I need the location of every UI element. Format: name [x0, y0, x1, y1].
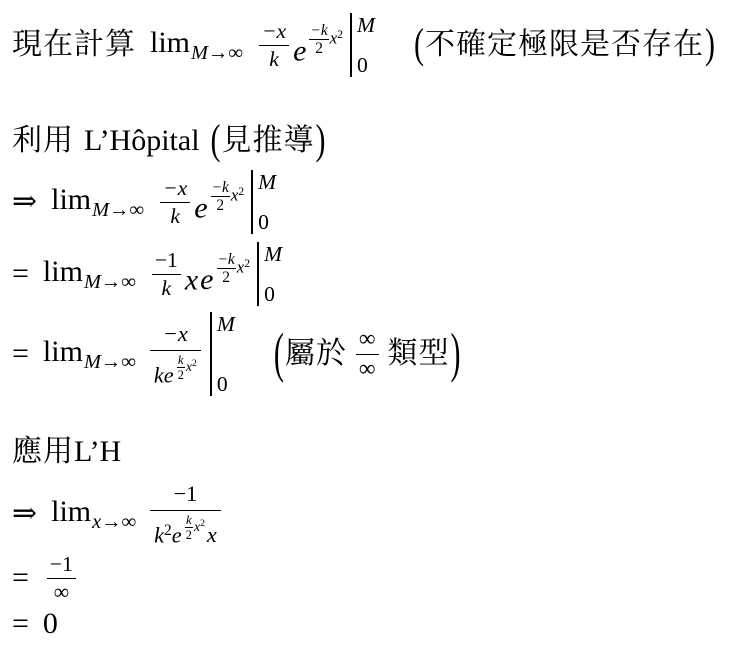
- equals-symbol: =: [12, 257, 29, 291]
- exponential-term: e−k2x2: [293, 22, 343, 68]
- euler-e: e: [194, 191, 207, 224]
- intro-prefix-text: 現在計算: [12, 28, 136, 62]
- exponent-fraction: −k2: [211, 179, 230, 215]
- hopital-close-paren: ): [315, 117, 327, 164]
- derivation-step-3: = limM→∞ −x kek2x2 M 0 ( 屬於 ∞ ∞ 類型 ): [12, 310, 740, 398]
- fraction-denominator: ∞: [47, 579, 76, 604]
- limit-operator: limM→∞: [150, 26, 243, 65]
- note-close-paren: ): [704, 21, 716, 68]
- coefficient-fraction: −1 k: [152, 248, 181, 299]
- lim-subscript: x→∞: [92, 511, 136, 533]
- exponent-frac-numerator: −k: [211, 179, 230, 197]
- math-notes-page: 現在計算 limM→∞ −x k e−k2x2 M 0 ( 不確定極限是否存在 …: [0, 0, 740, 647]
- result-value: 0: [43, 607, 58, 641]
- exponent-frac-denominator: 2: [309, 40, 328, 57]
- exponent-power: 2: [200, 518, 205, 529]
- apply-cjk-text: 應用: [12, 435, 74, 469]
- note-close-paren: ): [450, 323, 462, 385]
- exponent-fraction: k2: [177, 353, 185, 382]
- eval-upper-limit: M: [217, 312, 235, 336]
- exponent-fraction: k2: [185, 513, 193, 542]
- lim-word: lim: [51, 183, 91, 216]
- hopital-header-line: 利用 L’Hôpital ( 見推導 ): [12, 116, 740, 166]
- fraction-numerator: −1: [47, 552, 76, 578]
- infinity-numerator: ∞: [356, 326, 379, 354]
- apply-header-line: 應用 L’H: [12, 428, 740, 476]
- derivation-step-4: ⇒ limx→∞ −1 k2ek2x2x: [12, 476, 740, 552]
- hopital-latin-text: L’Hôpital: [84, 124, 200, 158]
- exponent: −k2x2: [216, 251, 251, 287]
- eval-upper-limit: M: [264, 242, 282, 266]
- fraction-denominator: k: [160, 203, 190, 228]
- exponent-frac-numerator: k: [185, 513, 193, 528]
- evaluation-bar: M 0: [210, 312, 235, 396]
- exponent-frac-denominator: 2: [211, 197, 230, 214]
- limit-operator: limx→∞: [51, 495, 136, 534]
- lim-subscript: M→∞: [92, 199, 144, 221]
- euler-e: e: [164, 362, 174, 387]
- eval-upper-limit: M: [357, 13, 375, 37]
- eval-lower-limit: 0: [258, 210, 276, 234]
- fraction-numerator: −1: [150, 480, 221, 511]
- exponent-fraction: −k2: [217, 251, 236, 287]
- note-text: 不確定極限是否存在: [425, 28, 704, 62]
- note-post-text: 類型: [388, 337, 450, 371]
- exponent-power: 2: [192, 358, 197, 369]
- lim-word: lim: [150, 26, 190, 59]
- exponent-power: 2: [244, 257, 250, 270]
- apply-latin-text: L’H: [74, 435, 121, 469]
- main-fraction: −1 k2ek2x2x: [150, 480, 221, 548]
- exponent-frac-numerator: −k: [217, 251, 236, 269]
- fraction-numerator: −x: [150, 320, 201, 351]
- exponent: k2x2: [184, 513, 205, 542]
- derivation-step-5: = −1 ∞: [12, 552, 740, 604]
- x-variable: x: [207, 522, 217, 547]
- exponent-frac-numerator: −k: [309, 22, 328, 40]
- evaluation-bar: M 0: [251, 170, 276, 234]
- derivation-step-6: = 0: [12, 604, 740, 644]
- implies-symbol: ⇒: [12, 497, 37, 531]
- exponent-frac-denominator: 2: [177, 368, 185, 382]
- euler-e: e: [293, 34, 306, 67]
- exponent: −k2x2: [210, 179, 245, 215]
- hopital-cjk-text: 利用: [12, 124, 74, 158]
- equals-symbol: =: [12, 337, 29, 371]
- lim-subscript: M→∞: [84, 351, 136, 373]
- exponential-term: e−k2x2: [194, 179, 244, 225]
- fraction-numerator: −x: [160, 176, 190, 202]
- limit-operator: limM→∞: [43, 255, 136, 294]
- lim-subscript: M→∞: [84, 271, 136, 293]
- exponent-frac-denominator: 2: [185, 528, 193, 542]
- exponent-frac-numerator: k: [177, 353, 185, 368]
- main-fraction: −x kek2x2: [150, 320, 201, 388]
- equals-symbol: =: [12, 607, 29, 641]
- k-variable: k: [154, 522, 164, 547]
- eval-lower-limit: 0: [264, 282, 282, 306]
- fraction-numerator: −1: [152, 248, 181, 274]
- limit-operator: limM→∞: [51, 183, 144, 222]
- fraction-denominator: kek2x2: [150, 351, 201, 388]
- fraction-denominator: k2ek2x2x: [150, 511, 221, 548]
- k-power: 2: [164, 521, 172, 538]
- equals-symbol: =: [12, 561, 29, 595]
- derivation-step-2: = limM→∞ −1 k xe−k2x2 M 0: [12, 238, 740, 310]
- lim-subscript: M→∞: [191, 42, 243, 64]
- evaluation-bar: M 0: [257, 242, 282, 306]
- infinity-over-infinity: ∞ ∞: [356, 326, 379, 381]
- type-note: ( 屬於 ∞ ∞ 類型 ): [273, 326, 462, 381]
- x-exponential-term: xe−k2x2: [185, 251, 250, 297]
- eval-lower-limit: 0: [217, 372, 235, 396]
- fraction-denominator: k: [152, 275, 181, 300]
- note-pre-text: 屬於: [285, 337, 347, 371]
- evaluation-bar: M 0: [350, 13, 375, 77]
- coefficient-fraction: −x k: [259, 19, 289, 70]
- euler-e: e: [200, 263, 213, 296]
- euler-e: e: [172, 522, 182, 547]
- limit-operator: limM→∞: [43, 335, 136, 374]
- lim-word: lim: [43, 335, 83, 368]
- eval-upper-limit: M: [258, 170, 276, 194]
- x-variable: x: [185, 263, 198, 296]
- exponent-power: 2: [337, 28, 343, 41]
- note-open-paren: (: [413, 21, 425, 68]
- exponent: k2x2: [176, 353, 197, 382]
- hopital-paren-text: 見推導: [222, 124, 315, 158]
- k-variable: k: [154, 362, 164, 387]
- intro-line: 現在計算 limM→∞ −x k e−k2x2 M 0 ( 不確定極限是否存在 …: [12, 6, 740, 84]
- exponent-power: 2: [238, 185, 244, 198]
- note-open-paren: (: [273, 323, 285, 385]
- fraction-numerator: −x: [259, 19, 289, 45]
- lim-word: lim: [51, 495, 91, 528]
- coefficient-fraction: −x k: [160, 176, 190, 227]
- implies-symbol: ⇒: [12, 185, 37, 219]
- exponent-frac-denominator: 2: [217, 269, 236, 286]
- exponent: −k2x2: [308, 22, 343, 58]
- fraction-denominator: k: [259, 46, 289, 71]
- minus-one-over-infinity: −1 ∞: [47, 552, 76, 603]
- hopital-open-paren: (: [210, 117, 222, 164]
- intro-note: ( 不確定極限是否存在 ): [413, 28, 716, 62]
- exponent-fraction: −k2: [309, 22, 328, 58]
- eval-lower-limit: 0: [357, 53, 375, 77]
- infinity-denominator: ∞: [356, 355, 379, 382]
- derivation-step-1: ⇒ limM→∞ −x k e−k2x2 M 0: [12, 166, 740, 238]
- lim-word: lim: [43, 255, 83, 288]
